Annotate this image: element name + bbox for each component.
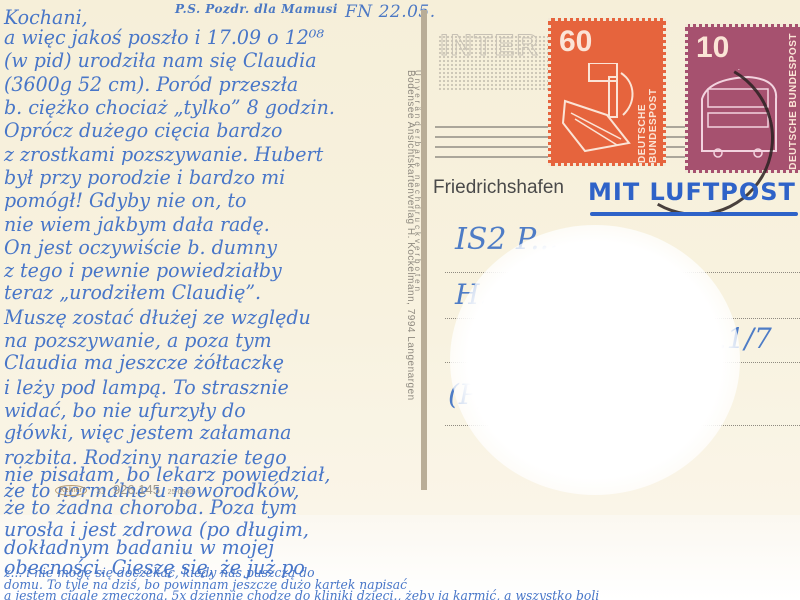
message-line: nie wiem jakbym dała radę. — [4, 212, 270, 236]
message-line: na pozszywanie, a poza tym — [4, 328, 272, 352]
print-code: Kellner 31 926.145 25-0540 — [55, 482, 193, 497]
address-redaction — [450, 225, 740, 495]
publisher-notice: Unveränderbare nachdruckverboten — [413, 70, 422, 294]
message-line: a jestem ciągle zmęczona. 5x dziennie ch… — [4, 589, 599, 600]
message-line: był przy porodzie i bardzo mi — [4, 165, 285, 189]
message-line: On jest oczywiście b. dumny — [4, 235, 277, 259]
message-line: Claudia ma jeszcze żółtaczkę — [4, 350, 284, 374]
message-line: główki, więc jestem załamana — [4, 420, 292, 444]
stamp-value: 60 — [559, 25, 592, 59]
ps-note: P.S. Pozdr. dla Mamusi — [175, 2, 338, 16]
message-line: a więc jakoś poszło i 17.09 o 12⁰⁸ — [4, 25, 324, 49]
message-line: widać, bo nie ufurzyły do — [4, 398, 246, 422]
message-line: z tego i pewnie powiedziałby — [4, 258, 282, 282]
airmail-underline — [590, 212, 798, 216]
printer-logo: Kellner — [55, 485, 87, 496]
message-line: (w pid) urodziła nam się Claudia — [4, 48, 317, 72]
message-line: Muszę zostać dłużej ze względu — [4, 305, 311, 329]
print-code-prefix: 31 — [96, 487, 105, 496]
stamp-country: DEUTSCHE BUNDESPOST — [788, 33, 799, 170]
print-code-suffix: 25-0540 — [168, 489, 194, 496]
message-line: że to żadna choroba. Poza tym — [4, 495, 297, 519]
message-line: b. ciężko chociaż „tylko” 8 godzin. — [4, 95, 335, 119]
message-line: Oprócz dużego cięcia bardzo — [4, 118, 282, 142]
message-line: (3600g 52 cm). Poród przeszła — [4, 72, 298, 96]
message-line: i leży pod lampą. To strasznie — [4, 375, 289, 399]
message-line: pomógł! Gdyby nie on, to — [4, 188, 247, 212]
print-code-number: 926.145 — [113, 482, 160, 497]
airmail-label: MIT LUFTPOST — [588, 178, 796, 206]
cancellation-city: Friedrichshafen — [433, 177, 564, 199]
message-line: teraz „urodziłem Claudię”. — [4, 280, 261, 304]
message-line: z zrostkami pozszywanie. Hubert — [4, 142, 323, 166]
